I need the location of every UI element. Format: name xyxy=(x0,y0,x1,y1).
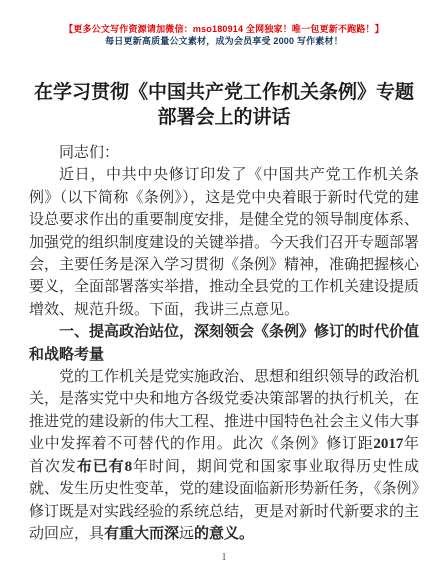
text-run: 近日，中共中央修订印发了《中国共产党工作机关条例》（以下简称《条例》），这是党中… xyxy=(29,167,419,317)
paragraph: 近日，中共中央修订印发了《中国共产党工作机关条例》（以下简称《条例》），这是党中… xyxy=(29,164,419,321)
text-run: 同志们： xyxy=(59,145,119,161)
bold-text-run: 2017 xyxy=(373,436,403,452)
paragraph: 党的工作机关是党实施政治、思想和组织领导的政治机关，是落实党中央和地方各级党委决… xyxy=(29,366,419,545)
promo-header-line1: 【更多公文写作资源请加微信：mso180914 全网独家！唯一包更新不跑路！】 xyxy=(29,23,419,35)
page-number: 1 xyxy=(0,551,448,563)
document-page: 【更多公文写作资源请加微信：mso180914 全网独家！唯一包更新不跑路！】 … xyxy=(0,0,448,580)
document-title: 在学习贯彻《中国共产党工作机关条例》专题部署会上的讲话 xyxy=(29,80,419,130)
bold-text-run: 有重大而深 xyxy=(104,526,179,542)
bold-text-run: 布已有 xyxy=(77,459,125,475)
paragraph: 同志们： xyxy=(29,142,419,164)
text-run: 党的工作机关是党实施政治、思想和组织领导的政治机关，是落实党中央和地方各级党委决… xyxy=(29,369,419,452)
bold-text-run: 一、提高政治站位，深刻领会《条例》修订的时代价值和战略考量 xyxy=(29,324,419,362)
section-heading: 一、提高政治站位，深刻领会《条例》修订的时代价值和战略考量 xyxy=(29,321,419,366)
text-run: 远 xyxy=(179,526,194,542)
bold-text-run: 8 xyxy=(125,459,133,475)
bold-text-run: 的意义。 xyxy=(194,526,254,542)
promo-header-line2: 每日更新高质量公文素材，成为会员享受 2000 写作素材！ xyxy=(29,35,419,47)
promo-header: 【更多公文写作资源请加微信：mso180914 全网独家！唯一包更新不跑路！】 … xyxy=(29,23,419,47)
document-body: 同志们：近日，中共中央修订印发了《中国共产党工作机关条例》（以下简称《条例》），… xyxy=(29,142,419,545)
